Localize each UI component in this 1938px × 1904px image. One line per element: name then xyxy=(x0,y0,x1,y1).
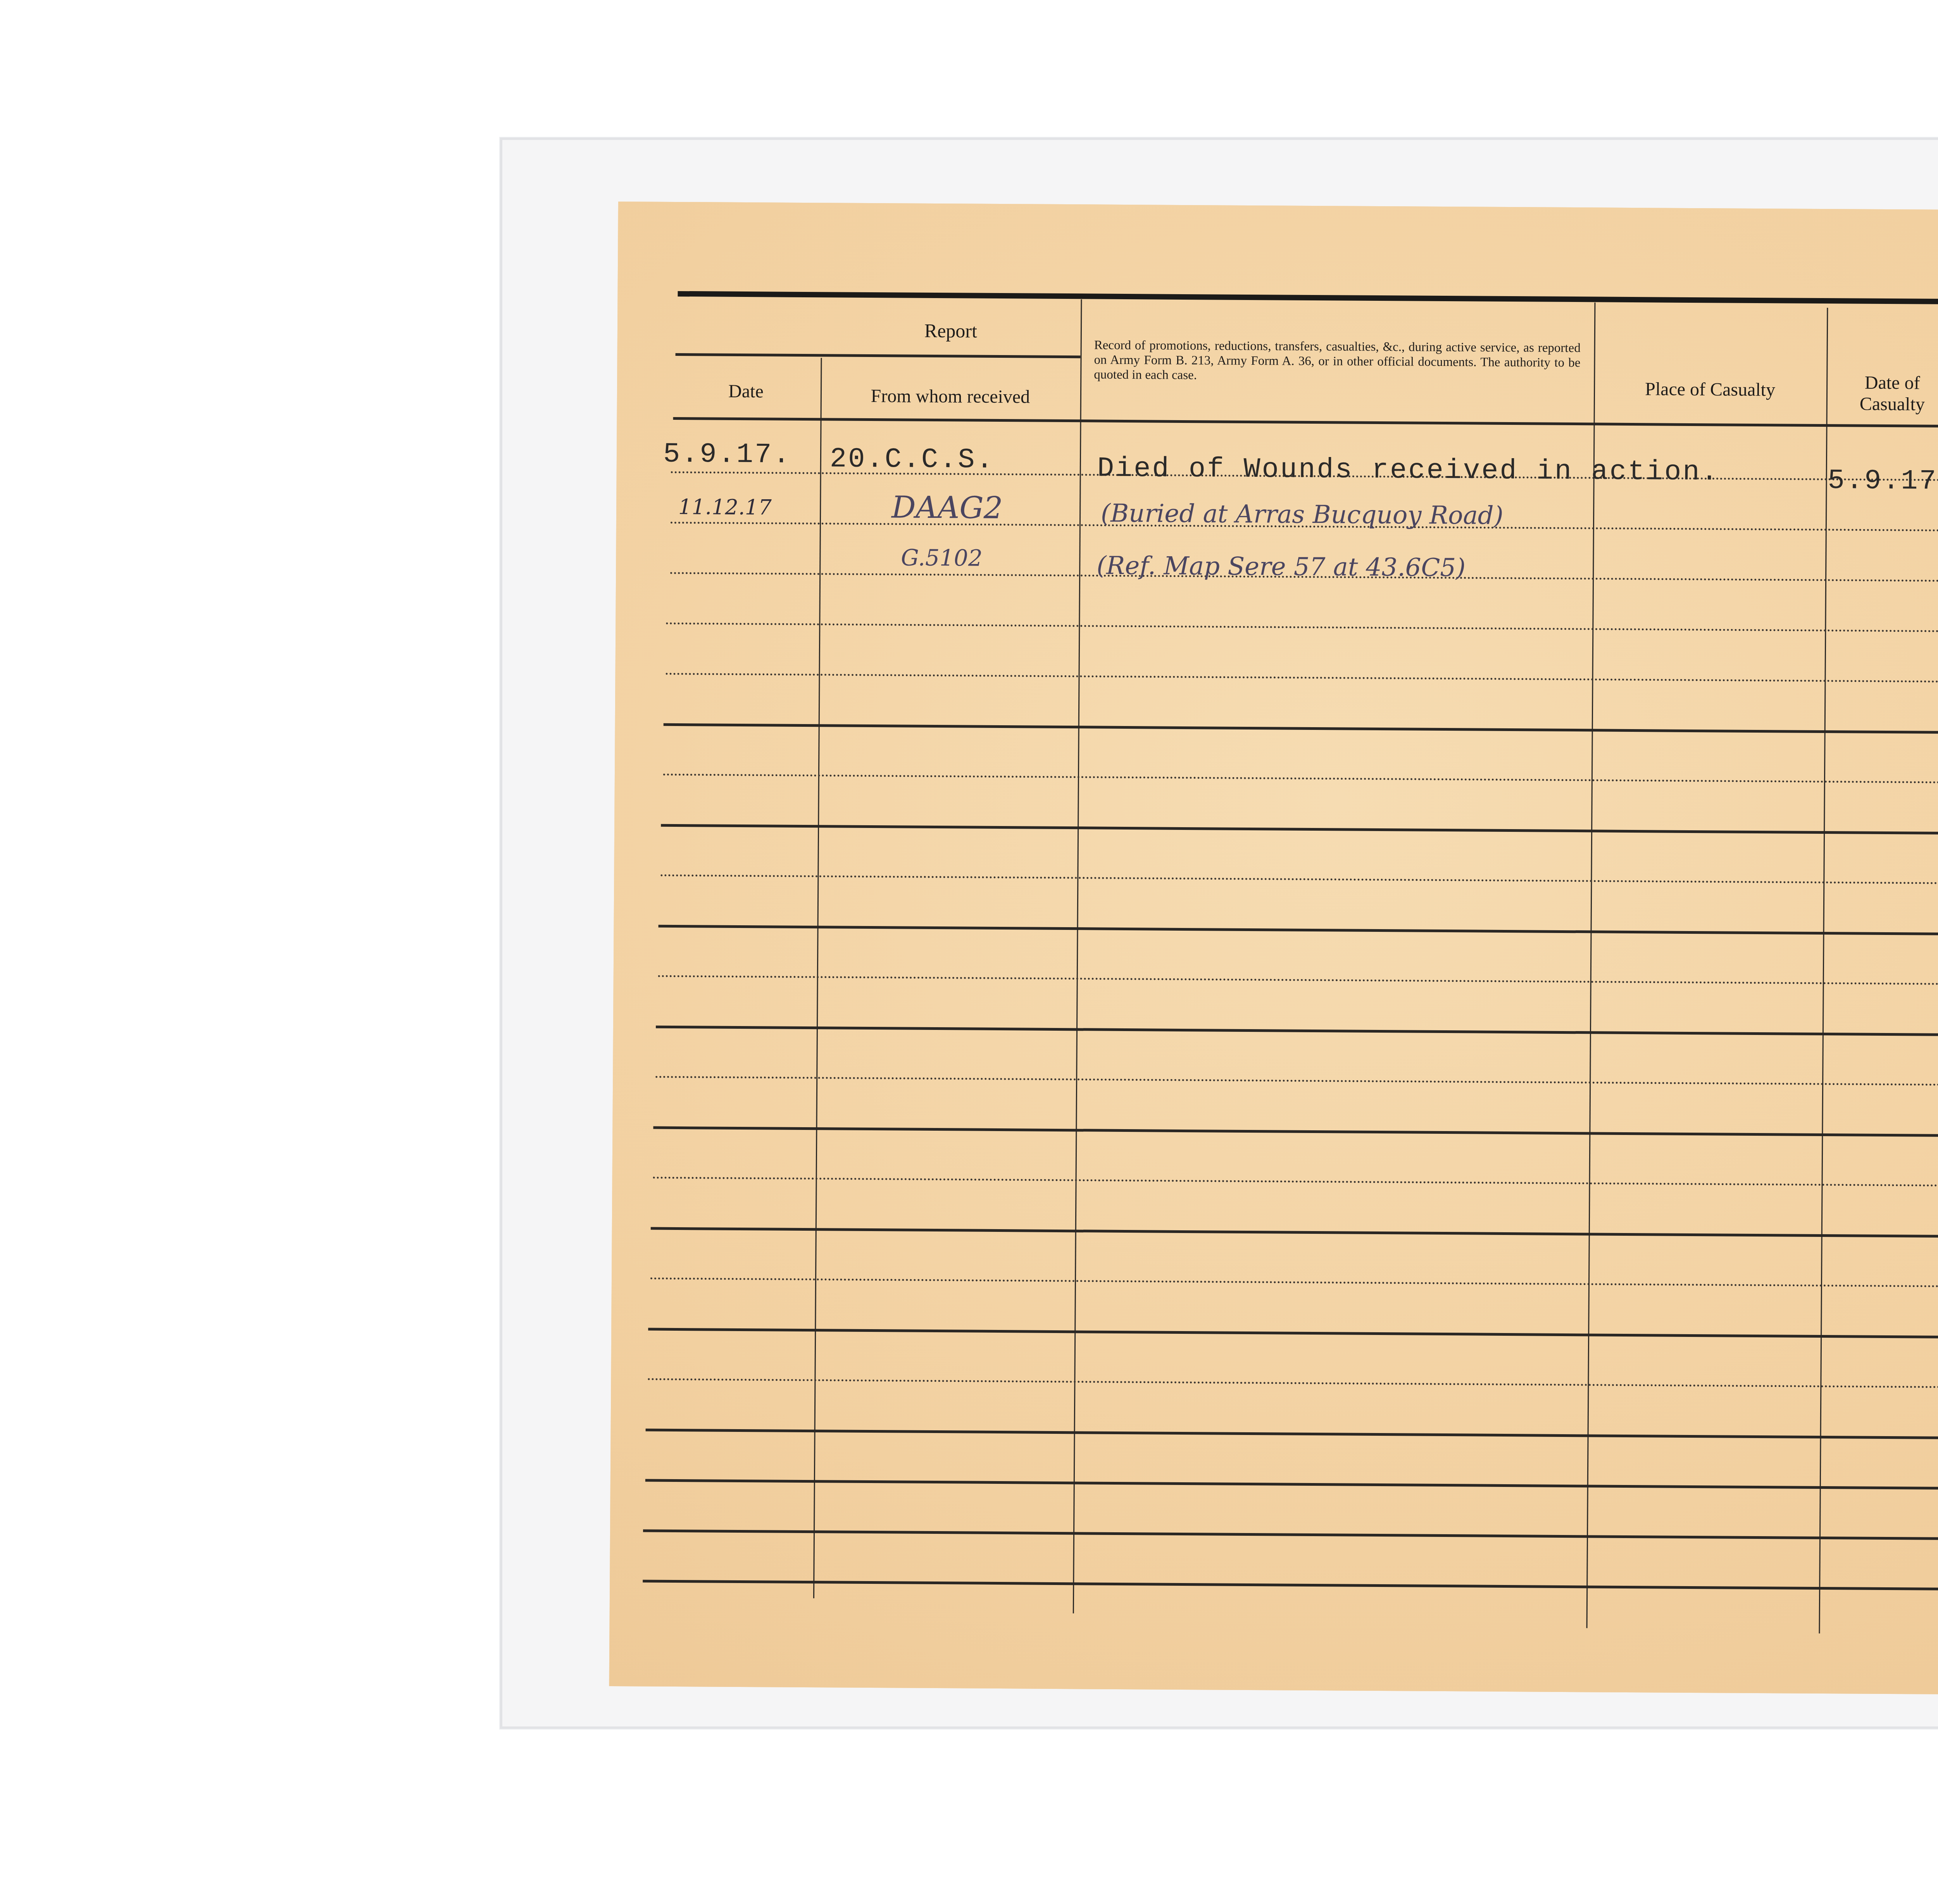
entry-1-from-whom: 20.C.C.S. xyxy=(830,443,995,476)
row-rule-solid xyxy=(659,925,1938,937)
entry-2-date: 11.12.17 xyxy=(678,495,772,519)
casualty-form: Report Date From whom received Record of… xyxy=(609,202,1938,1697)
row-rule-solid xyxy=(651,1227,1938,1239)
row-rule xyxy=(648,1378,1938,1390)
row-rule xyxy=(655,1076,1938,1087)
header-bottom-rule xyxy=(673,417,1938,429)
header-record: Record of promotions, reductions, transf… xyxy=(1094,338,1581,385)
row-rule-solid xyxy=(653,1126,1938,1138)
col-divider-report xyxy=(1073,299,1082,1613)
row-rule xyxy=(660,874,1938,886)
entry-1-date: 5.9.17. xyxy=(663,438,791,471)
row-rule-solid xyxy=(656,1026,1938,1038)
row-rule-solid xyxy=(646,1428,1938,1440)
header-from-whom: From whom received xyxy=(821,385,1080,408)
top-rule xyxy=(678,291,1938,306)
header-date-of-casualty-1: Date of xyxy=(1826,372,1938,394)
row-rule-solid xyxy=(648,1328,1938,1340)
entry-1-record: Died of Wounds received in action. xyxy=(1097,453,1720,488)
row-rule-solid xyxy=(643,1529,1938,1541)
row-rule-solid xyxy=(664,723,1938,735)
col-divider-place xyxy=(1819,308,1828,1633)
header-report: Report xyxy=(821,319,1081,343)
entry-2-from-whom-line2: G.5102 xyxy=(901,544,983,571)
report-subrule xyxy=(676,353,1081,358)
row-rule xyxy=(666,673,1938,684)
entry-1-date-of-casualty: 5.9.17. xyxy=(1828,465,1938,497)
row-rule xyxy=(650,1278,1938,1289)
col-divider-record xyxy=(1586,302,1596,1628)
header-date-of-casualty-2: Casualty xyxy=(1826,393,1938,415)
entry-2-from-whom: DAAG2 xyxy=(891,490,1003,526)
entry-2-record: (Buried at Arras Bucquoy Road) xyxy=(1101,499,1504,530)
row-rule xyxy=(666,623,1938,634)
row-rule-solid xyxy=(643,1580,1938,1592)
row-rule xyxy=(658,975,1938,986)
header-date: Date xyxy=(671,380,821,403)
entry-2-record-line2: (Ref. Map Sere 57 at 43.6C5) xyxy=(1097,552,1466,583)
header-place: Place of Casualty xyxy=(1594,378,1826,401)
row-rule xyxy=(663,774,1938,785)
row-rule xyxy=(653,1177,1938,1188)
row-rule-solid xyxy=(661,824,1938,836)
row-rule-solid xyxy=(645,1479,1938,1491)
